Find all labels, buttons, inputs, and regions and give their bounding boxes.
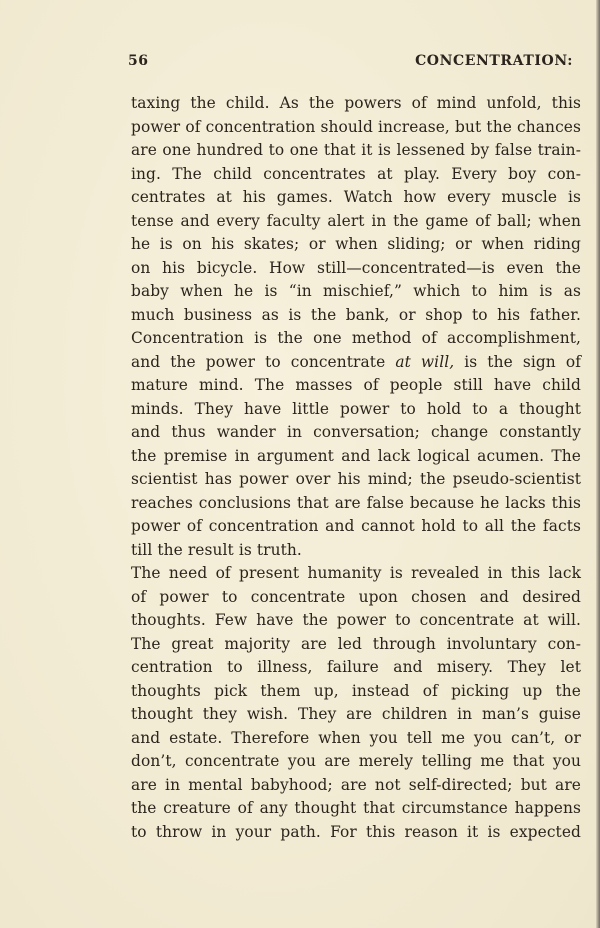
text-line: scientist has power over his mind; the p… xyxy=(131,468,581,492)
running-title: CONCENTRATION: xyxy=(415,53,573,69)
running-head: 56 CONCENTRATION: xyxy=(128,53,573,73)
text-line: and thus wander in conversation; change … xyxy=(131,421,581,445)
text-line: are in mental babyhood; are not self-dir… xyxy=(131,774,581,798)
text-span: is the sign of xyxy=(454,353,581,371)
text-line: tense and every faculty alert in the gam… xyxy=(131,210,581,234)
text-line: thought they wish. They are children in … xyxy=(131,703,581,727)
text-line: thoughts pick them up, instead of pickin… xyxy=(131,680,581,704)
text-line: mature mind. The masses of people still … xyxy=(131,374,581,398)
text-line: The great majority are led through invol… xyxy=(131,633,581,657)
text-line: ing. The child concentrates at play. Eve… xyxy=(131,163,581,187)
text-line: to throw in your path. For this reason i… xyxy=(131,821,581,845)
text-line: centration to illness, failure and miser… xyxy=(131,656,581,680)
text-line: till the result is truth. xyxy=(131,539,581,563)
text-line: thoughts. Few have the power to concentr… xyxy=(131,609,581,633)
text-line: much business as is the bank, or shop to… xyxy=(131,304,581,328)
text-line: power of concentration should increase, … xyxy=(131,116,581,140)
text-line: on his bicycle. How still—concentrated—i… xyxy=(131,257,581,281)
book-page: 56 CONCENTRATION: taxing the child. As t… xyxy=(0,0,600,928)
italic-emphasis: at will, xyxy=(395,353,454,371)
text-line: centrates at his games. Watch how every … xyxy=(131,186,581,210)
text-line: taxing the child. As the powers of mind … xyxy=(131,92,581,116)
text-line: the premise in argument and lack logical… xyxy=(131,445,581,469)
text-span: and the power to concentrate xyxy=(131,353,395,371)
body-text: taxing the child. As the powers of mind … xyxy=(131,92,581,844)
text-line: he is on his skates; or when sliding; or… xyxy=(131,233,581,257)
text-line: are one hundred to one that it is lessen… xyxy=(131,139,581,163)
text-line: of power to concentrate upon chosen and … xyxy=(131,586,581,610)
text-line: don’t, concentrate you are merely tellin… xyxy=(131,750,581,774)
page-number: 56 xyxy=(128,53,148,69)
text-line: the creature of any thought that circums… xyxy=(131,797,581,821)
text-line: power of concentration and cannot hold t… xyxy=(131,515,581,539)
text-line: Concentration is the one method of accom… xyxy=(131,327,581,351)
text-line: reaches conclusions that are false becau… xyxy=(131,492,581,516)
text-line: baby when he is “in mischief,” which to … xyxy=(131,280,581,304)
text-line: minds. They have little power to hold to… xyxy=(131,398,581,422)
text-line: and estate. Therefore when you tell me y… xyxy=(131,727,581,751)
text-line-with-italic: and the power to concentrate at will, is… xyxy=(131,351,581,375)
page-edge-shadow xyxy=(596,0,600,928)
text-line: The need of present humanity is revealed… xyxy=(131,562,581,586)
